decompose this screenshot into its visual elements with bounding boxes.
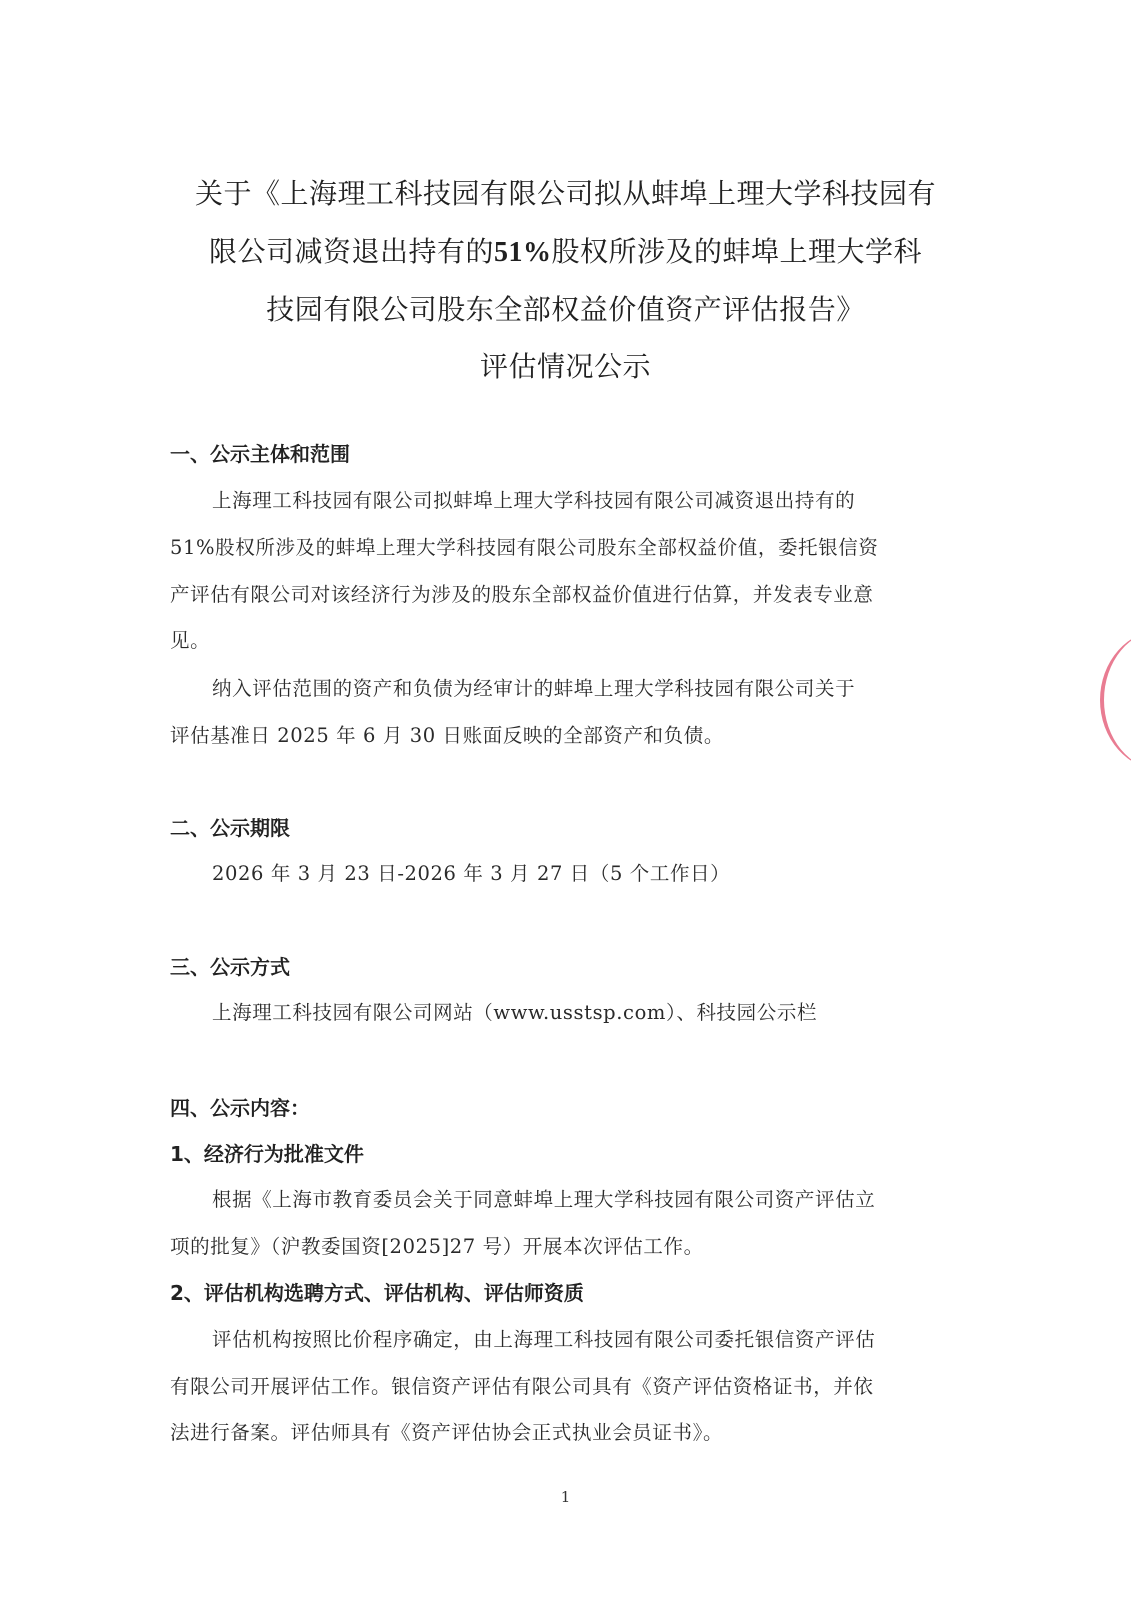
s4-sub1-line-1: 根据《上海市教育委员会关于同意蚌埠上理大学科技园有限公司资产评估立	[212, 1184, 1002, 1212]
s1-line-3: 产评估有限公司对该经济行为涉及的股东全部权益价值进行估算，并发表专业意	[170, 579, 960, 607]
s4-sub1-line-2: 项的批复》（沪教委国资[2025]27 号）开展本次评估工作。	[170, 1231, 960, 1259]
s1-line-6: 评估基准日 2025 年 6 月 30 日账面反映的全部资产和负债。	[170, 720, 960, 748]
red-seal-stamp-fragment	[1100, 630, 1131, 770]
s1-line-2: 51%股权所涉及的蚌埠上理大学科技园有限公司股东全部权益价值，委托银信资	[170, 532, 960, 560]
s2-line-1: 2026 年 3 月 23 日-2026 年 3 月 27 日（5 个工作日）	[212, 858, 1002, 886]
page-number: 1	[0, 1488, 1131, 1506]
s1-line-4: 见。	[170, 625, 960, 653]
title-line-1: 关于《上海理工科技园有限公司拟从蚌埠上理大学科技园有	[0, 172, 1131, 212]
s4-sub1-heading: 1、经济行为批准文件	[170, 1138, 364, 1167]
title-line-2: 限公司减资退出持有的51%股权所涉及的蚌埠上理大学科	[0, 230, 1131, 270]
title-percent: 51%	[494, 237, 552, 268]
title-line-2b: 股权所涉及的蚌埠上理大学科	[552, 235, 923, 268]
s4-sub2-heading: 2、评估机构选聘方式、评估机构、评估师资质	[170, 1277, 584, 1306]
title-line-2a: 限公司减资退出持有的	[209, 235, 494, 268]
s4-sub2-line-1: 评估机构按照比价程序确定，由上海理工科技园有限公司委托银信资产评估	[212, 1324, 1002, 1352]
section-3-heading: 三、公示方式	[170, 951, 290, 980]
document-page: 关于《上海理工科技园有限公司拟从蚌埠上理大学科技园有 限公司减资退出持有的51%…	[0, 0, 1131, 1600]
title-subtitle: 评估情况公示	[0, 345, 1131, 385]
section-1-heading: 一、公示主体和范围	[170, 438, 350, 467]
s4-sub2-line-2: 有限公司开展评估工作。银信资产评估有限公司具有《资产评估资格证书，并依	[170, 1371, 960, 1399]
s3-line-1: 上海理工科技园有限公司网站（www.usstsp.com）、科技园公示栏	[212, 997, 1002, 1025]
title-line-3: 技园有限公司股东全部权益价值资产评估报告》	[0, 288, 1131, 328]
s1-line-5: 纳入评估范围的资产和负债为经审计的蚌埠上理大学科技园有限公司关于	[212, 673, 1002, 701]
s1-line-1: 上海理工科技园有限公司拟蚌埠上理大学科技园有限公司减资退出持有的	[212, 485, 1002, 513]
section-2-heading: 二、公示期限	[170, 812, 290, 841]
s4-sub2-line-3: 法进行备案。评估师具有《资产评估协会正式执业会员证书》。	[170, 1417, 960, 1445]
section-4-heading: 四、公示内容：	[170, 1092, 310, 1121]
